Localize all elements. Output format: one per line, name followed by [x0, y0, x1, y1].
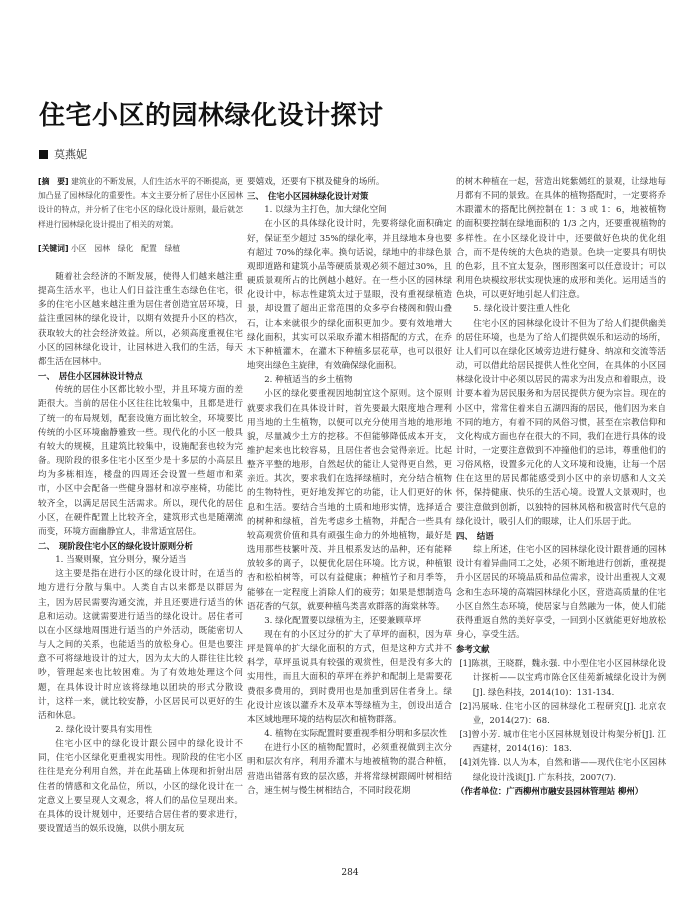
paragraph: 小区的绿化要重视因地制宜这个原则。这个原则就要求我们在具体设计时，首先要最大限度… — [247, 387, 452, 614]
column-2: 要嬉戏，还要有下棋及健身的场所。 三、 住宅小区园林绿化设计对策 1. 以绿为主… — [247, 175, 452, 798]
keywords-label: [关键词] — [38, 244, 69, 253]
reference-item: [1]陈祺，王晓群，魏永强. 中小型住宅小区园林绿化设计探析——以宝鸡市陈仓区佳… — [456, 656, 666, 698]
subheading: 2. 绿化设计要具有实用性 — [38, 723, 243, 737]
reference-item: [2]冯展咏. 住宅小区的园林绿化工程研究[J]. 北京农业，2014(27)：… — [456, 699, 666, 727]
section-heading-1: 一、 居住小区园林设计特点 — [38, 369, 243, 383]
subheading: 3. 绿化配置要以绿植为主，还要兼顾草坪 — [247, 614, 452, 628]
subheading: 1. 以绿为主打色，加大绿化空间 — [247, 203, 452, 217]
article-title: 住宅小区的园林绿化设计探讨 — [39, 95, 384, 132]
paragraph: 这主要是指在进行小区的绿化设计时，在适当的地方进行分散与集中。人类自古以来都是以… — [38, 567, 243, 723]
references-heading: 参考文献 — [456, 642, 666, 656]
section-heading-4: 四、 结语 — [456, 529, 666, 543]
abstract: [摘 要] 建筑业的不断发展，人们生活水平的不断提高，更加凸显了园林绿化的重要性… — [38, 175, 243, 232]
column-1: [摘 要] 建筑业的不断发展，人们生活水平的不断提高，更加凸显了园林绿化的重要性… — [38, 175, 243, 836]
intro-paragraph: 随着社会经济的不断发展，使得人们越来越注重提高生活水平，也让人们日益注重生态绿色… — [38, 270, 243, 369]
paragraph: 综上所述，住宅小区的园林绿化设计跟普通的园林设计有着异曲同工之处，必须不断地进行… — [456, 543, 666, 642]
column-3: 的树木种植在一起，营造出姹紫嫣红的景观，让绿地每月都有不同的景致。在具体的植物搭… — [456, 175, 666, 798]
paragraph: 住宅小区的园林绿化设计不但为了给人们提供幽美的居住环境，也是为了给人们提供娱乐和… — [456, 317, 666, 529]
abstract-label: [摘 要] — [38, 177, 69, 186]
paragraph: 传统的居住小区都比较小型，并且环境方面的差距很大。当前的居住小区往往比较集中，且… — [38, 383, 243, 539]
subheading: 5. 绿化设计要注重人性化 — [456, 302, 666, 316]
paragraph: 住宅小区中的绿化设计跟公园中的绿化设计不同，住宅小区绿化更重视实用性。现阶段的住… — [38, 737, 243, 836]
paragraph: 在小区的具体绿化设计时，先要将绿化面积确定好，保证至少超过 35%的绿化率，并且… — [247, 217, 452, 373]
author-name: 莫燕妮 — [54, 146, 87, 162]
abstract-text: 建筑业的不断发展，人们生活水平的不断提高，更加凸显了园林绿化的重要性。本文主要分… — [38, 177, 243, 229]
subheading: 4. 植物在实际配置时要重视季相分明和多层次性 — [247, 727, 452, 741]
paragraph: 在进行小区的植物配置时，必须重视做到主次分明和层次有序，利用乔灌木与地被植物的混… — [247, 741, 452, 798]
square-bullet-icon — [39, 150, 48, 159]
paragraph-continued: 的树木种植在一起，营造出姹紫嫣红的景观，让绿地每月都有不同的景致。在具体的植物搭… — [456, 175, 666, 302]
paragraph: 现在有的小区过分的扩大了草坪的面积，因为草坪是简单的扩大绿化面积的方式，但是这种… — [247, 628, 452, 727]
keywords-text: 小区 园林 绿化 配置 绿植 — [71, 244, 180, 253]
author-affiliation: （作者单位：广西柳州市融安县园林管理站 柳州） — [456, 784, 666, 798]
subheading: 2. 种植适当的乡土植物 — [247, 373, 452, 387]
keywords: [关键词] 小区 园林 绿化 配置 绿植 — [38, 242, 243, 256]
author-line: 莫燕妮 — [39, 146, 87, 162]
section-heading-2: 二、 现阶段住宅小区的绿化设计原则分析 — [38, 539, 243, 553]
section-heading-3: 三、 住宅小区园林绿化设计对策 — [247, 189, 452, 203]
subheading: 1. 当聚则聚，宜分则分，聚分适当 — [38, 553, 243, 567]
reference-item: [4]刘先锋. 以人为本，自然和谐——现代住宅小区园林绿化设计浅谈[J]. 广东… — [456, 755, 666, 783]
page-number: 284 — [0, 868, 700, 878]
paragraph-continued: 要嬉戏，还要有下棋及健身的场所。 — [247, 175, 452, 189]
reference-item: [3]曾小芳. 城市住宅小区园林规划设计构架分析[J]. 江西建材，2014(1… — [456, 727, 666, 755]
